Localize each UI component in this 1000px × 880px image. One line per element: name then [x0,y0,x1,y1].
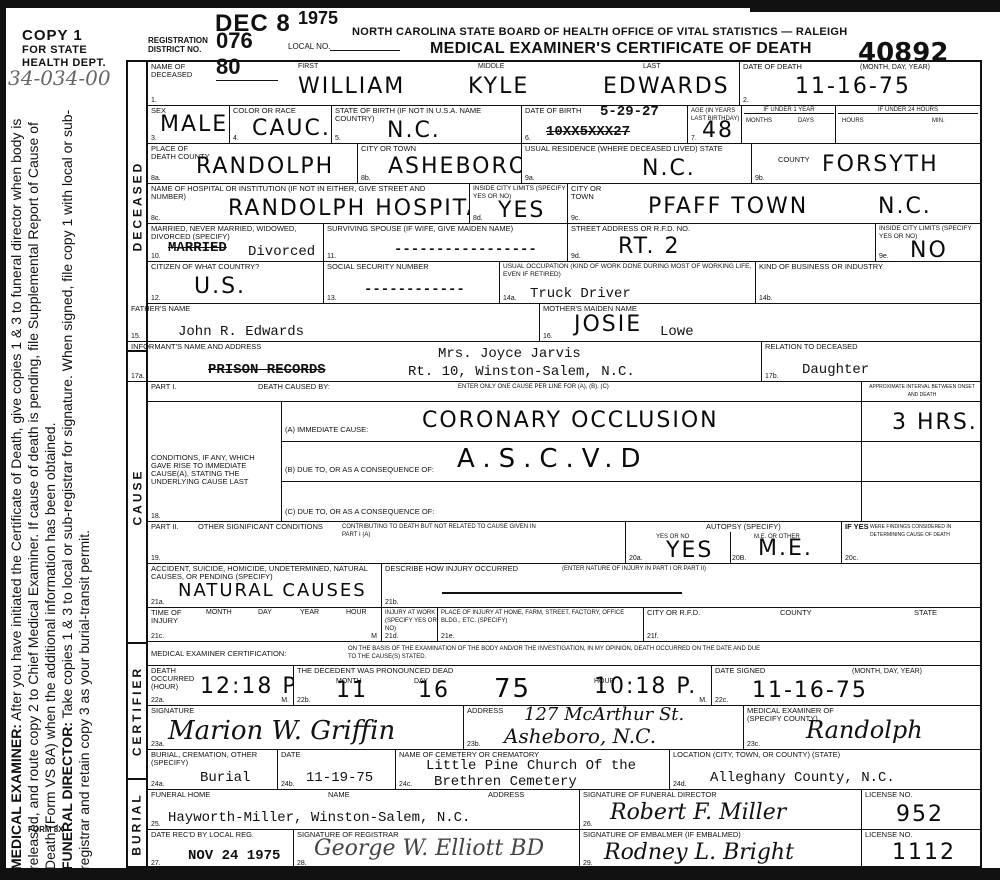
mother-last-name: Lowe [660,324,694,340]
date-of-birth-value: 5-29-27 [600,106,659,120]
residence-state: N.C. [642,156,696,181]
copy-recipient: FOR STATE [22,45,106,56]
residence-city: PFAFF TOWN [648,194,808,219]
inside-city-limits-field[interactable]: INSIDE CITY LIMITS (SPECIFY YES OR NO)8d… [470,184,568,224]
findings-field[interactable]: IF YES WERE FINDINGS CONSIDERED IN DETER… [842,522,982,564]
citizenship: U.S. [194,274,246,299]
pronounced-month: 11 [336,678,368,703]
funeral-home-field[interactable]: FUNERAL HOME NAME ADDRESS 25. Hayworth-M… [148,790,580,830]
first-name: WILLIAM [298,74,405,99]
me-signature-field[interactable]: SIGNATURE23a. Marion W. Griffin [148,706,464,750]
street-address: RT. 2 [618,234,681,259]
race-field[interactable]: COLOR or RACE4. CAUC. [230,106,332,144]
marital-status: Divorced [248,244,315,260]
hospital-name: RANDOLPH HOSPITAL [228,196,470,221]
date-of-birth-struck: 10XX5XXX27 [546,124,630,140]
funeral-home: Hayworth-Miller, Winston-Salem, N.C. [168,810,470,826]
residence-state-field[interactable]: USUAL RESIDENCE (WHERE DECEASED LIVED) S… [522,144,752,184]
place-of-death-city: ASHEBORO [388,154,522,179]
cause-b: A.S.C.V.D [457,444,649,474]
residence-inside-limits: NO [910,238,948,262]
embalmer-signature: Rodney L. Bright [604,840,794,865]
burial-location-field[interactable]: LOCATION (CITY, TOWN, OR COUNTY) (STATE)… [670,750,982,790]
cemetery-line1: Little Pine Church Of the [426,758,636,774]
registrar-signature-field[interactable]: SIGNATURE OF REGISTRAR28. George W. Elli… [294,830,580,868]
date-of-death-field[interactable]: DATE OF DEATH (MONTH, DAY, YEAR) 2. 11-1… [740,62,982,106]
autopsy-field[interactable]: AUTOPSY (SPECIFY) YES OR NO M.E. OR OTHE… [626,522,842,564]
age-value: 48 [702,118,734,143]
father-name-field[interactable]: FATHER'S NAME15. John R. Edwards [128,304,540,342]
ssn: ------------ [364,282,465,298]
surviving-spouse: ----------------- [394,242,537,258]
funeral-director-field[interactable]: SIGNATURE OF FUNERAL DIRECTOR26. Robert … [580,790,862,830]
state-of-birth-field[interactable]: STATE OF BIRTH (IF NOT IN U.S.A. NAME CO… [332,106,522,144]
injury-at-work-field[interactable]: INJURY AT WORK (SPECIFY YES OR NO)21d. [382,608,438,642]
name-of-deceased-field[interactable]: NAME OF DECEASED FIRST MIDDLE LAST 1. WI… [148,62,740,106]
me-certification: MEDICAL EXAMINER CERTIFICATION: ON THE B… [148,644,982,666]
scan-border-left [0,0,6,880]
death-occurred-time: 12:18 P. [200,674,294,699]
state-of-birth-value: N.C. [387,118,441,143]
registrar-signature: George W. Elliott BD [314,836,544,861]
place-of-death-city-field[interactable]: CITY OR TOWN8b. ASHEBORO [358,144,522,184]
mother-first-name: JOSIE [574,312,642,337]
occupation: Truck Driver [530,286,631,302]
other-conditions-field[interactable]: PART II. OTHER SIGNIFICANT CONDITIONS CO… [148,522,626,564]
relation: Daughter [802,362,869,378]
street-address-field[interactable]: STREET ADDRESS OR R.F.D. NO.9d. RT. 2 [568,224,876,262]
interval-header: APPROXIMATE INTERVAL BETWEEN ONSET AND D… [862,382,982,402]
pronounced-year: 75 [494,674,531,704]
manner-of-death: NATURAL CAUSES [178,580,367,601]
place-of-death-county: RANDOLPH [196,154,334,179]
occupation-field[interactable]: USUAL OCCUPATION (KIND OF WORK DONE DURI… [500,262,756,304]
pronounced-dead-field[interactable]: THE DECEDENT WAS PRONOUNCED DEAD MONTH D… [294,666,712,706]
immediate-cause: CORONARY OCCLUSION [422,408,719,433]
cause-c-interval-field[interactable] [862,482,982,522]
copy-number: COPY 1 [22,28,106,43]
section-cause: CAUSE [128,352,148,642]
autopsy-performed: YES [666,538,713,563]
date-of-death: 11-16-75 [795,74,911,99]
injury-location-field[interactable]: CITY OR R.F.D. COUNTY STATE 21f. [644,608,982,642]
residence-city-field[interactable]: CITY OR TOWN9c. PFAFF TOWN N.C. [568,184,982,224]
manner-of-death-field[interactable]: ACCIDENT, SUICIDE, HOMICIDE, UNDETERMINE… [148,564,382,608]
place-of-death-county-field[interactable]: PLACE OF DEATH COUNTY8a. RANDOLPH [148,144,358,184]
date-received-field[interactable]: DATE REC'D BY LOCAL REG.27. NOV 24 1975 [148,830,294,868]
pronounced-hour: 10:18 P. [594,674,697,699]
residence-county-field[interactable]: COUNTY9b. FORSYTH [752,144,982,184]
date-signed: 11-16-75 [752,678,868,703]
death-certificate-form: DECEASED CAUSE CERTIFIER BURIAL NAME OF … [126,60,982,868]
disposition: Burial [200,770,250,786]
funeral-director-signature: Robert F. Miller [610,800,786,825]
me-county-field[interactable]: MEDICAL EXAMINER OF (SPECIFY COUNTY)23c.… [744,706,982,750]
embalmer-license-field[interactable]: LICENSE NO. 1112 [862,830,982,868]
inside-city-limits: YES [498,198,545,223]
disposition-field[interactable]: BURIAL, CREMATION, OTHER (SPECIFY)24a. B… [148,750,278,790]
time-of-injury-field[interactable]: TIME OF INJURY MONTH DAY YEAR HOUR 21c. … [148,608,382,642]
relation-field[interactable]: RELATION TO DECEASED17b. Daughter [762,342,982,382]
date-of-birth-field[interactable]: DATE OF BIRTH6. 5-29-27 10XX5XXX27 [522,106,688,144]
father-name: John R. Edwards [178,324,304,340]
filed-year: 1975 [298,8,338,29]
marital-status-field[interactable]: MARRIED, NEVER MARRIED, WIDOWED, DIVORCE… [148,224,324,262]
informant-name: Mrs. Joyce Jarvis [438,346,581,362]
issuing-agency: NORTH CAROLINA STATE BOARD OF HEALTH OFF… [352,26,848,38]
section-burial: BURIAL [128,780,148,868]
date-signed-field[interactable]: DATE SIGNED (MONTH, DAY, YEAR) 22c. 11-1… [712,666,982,706]
injury-description-field[interactable]: DESCRIBE HOW INJURY OCCURRED (ENTER NATU… [382,564,982,608]
embalmer-license: 1112 [892,840,956,865]
cemetery-field[interactable]: NAME OF CEMETERY OR CREMATORY24c. Little… [396,750,670,790]
hospital-field[interactable]: NAME OF HOSPITAL OR INSTITUTION (IF NOT … [148,184,470,224]
citizenship-field[interactable]: CITIZEN OF WHAT COUNTRY?12. U.S. [148,262,324,304]
race-value: CAUC. [252,116,331,141]
autopsy-by: M.E. [758,536,813,561]
registration-label: REGISTRATION DISTRICT NO. [148,36,216,54]
residence-county: FORSYTH [822,152,939,177]
part1-header: PART I. DEATH CAUSED BY: ENTER ONLY ONE … [148,382,862,402]
informant-address: Rt. 10, Winston-Salem, N.C. [408,364,635,380]
local-number-field [330,50,400,51]
me-address-field[interactable]: ADDRESS23b. 127 McArthur St. Asheboro, N… [464,706,744,750]
conditions-note: CONDITIONS, IF ANY, WHICH GAVE RISE TO I… [148,402,282,522]
sex-field[interactable]: SEX3. MALE [148,106,230,144]
residence-city-state: N.C. [878,194,932,219]
file-stamp-number: 34-034-00 [8,66,111,90]
under-24-hours-field[interactable]: IF UNDER 24 HOURS HOURS MIN. [836,106,982,144]
middle-name: KYLE [468,74,529,99]
copy-designation: COPY 1 FOR STATE HEALTH DEPT. [22,28,106,69]
section-certifier: CERTIFIER [128,642,148,780]
burial-date-field[interactable]: DATE24b. 11-19-75 [278,750,396,790]
residence-inside-limits-field[interactable]: INSIDE CITY LIMITS (SPECIFY YES OR NO)9e… [876,224,982,262]
burial-date: 11-19-75 [306,770,373,786]
director-license: 952 [896,802,944,827]
me-address-line1: 127 McArthur St. [524,706,684,725]
director-license-field[interactable]: LICENSE NO. 952 [862,790,982,830]
date-received: NOV 24 1975 [188,848,280,864]
informant-field[interactable]: INFORMANT'S NAME AND ADDRESS17a. PRISON … [128,342,762,382]
mother-name-field[interactable]: MOTHER'S MAIDEN NAME16. JOSIE Lowe [540,304,982,342]
immediate-cause-field[interactable]: (a) IMMEDIATE CAUSE: CORONARY OCCLUSION [282,402,862,442]
scan-border-top-right [750,0,1000,12]
embalmer-signature-field[interactable]: SIGNATURE OF EMBALMER (IF EMBALMED)29. R… [580,830,862,868]
me-address-line2: Asheboro, N.C. [504,724,656,748]
sex-value: MALE [160,112,228,137]
scan-border-bottom [0,868,1000,880]
place-of-injury-field[interactable]: PLACE OF INJURY AT HOME, FARM, STREET, F… [438,608,644,642]
ssn-field[interactable]: SOCIAL SECURITY NUMBER13. ------------ [324,262,500,304]
immediate-interval: 3 HRS. [892,410,978,435]
death-occurred-field[interactable]: DEATH OCCURRED (HOUR)22a. 12:18 P. M. [148,666,294,706]
cause-c-field[interactable]: (c) DUE TO, OR AS A CONSEQUENCE OF: [282,482,862,522]
last-name: EDWARDS [603,74,730,99]
form-title: MEDICAL EXAMINER'S CERTIFICATE OF DEATH [430,40,812,58]
fd-instructions-label: FUNERAL DIRECTOR: [59,722,75,870]
burial-location: Alleghany County, N.C. [710,770,895,786]
me-instructions-label: MEDICAL EXAMINER: [8,724,24,870]
form-code: FORM 8X [28,825,64,834]
cause-b-field[interactable]: (b) DUE TO, OR AS A CONSEQUENCE OF: A.S.… [282,442,862,482]
me-signature: Marion W. Griffin [168,716,395,746]
cause-b-interval-field[interactable] [862,442,982,482]
marital-struck: MARRIED [168,240,227,256]
local-number-label: LOCAL NO. [288,42,330,51]
side-instructions: MEDICAL EXAMINER: After you have initiat… [8,90,93,870]
surviving-spouse-field[interactable]: SURVIVING SPOUSE (IF WIFE, GIVE MAIDEN N… [324,224,568,262]
cemetery-line2: Brethren Cemetery [434,774,577,790]
under-one-year-field[interactable]: IF UNDER 1 YEAR MONTHS DAYS [742,106,836,144]
industry-field[interactable]: KIND OF BUSINESS OR INDUSTRY14b. [756,262,982,304]
pronounced-day: 16 [418,678,450,703]
me-county: Randolph [806,716,923,744]
informant-struck: PRISON RECORDS [208,362,326,378]
age-field[interactable]: AGE (IN YEARS LAST BIRTHDAY)7. 48 [688,106,742,144]
immediate-interval-field[interactable]: 3 HRS. [862,402,982,442]
